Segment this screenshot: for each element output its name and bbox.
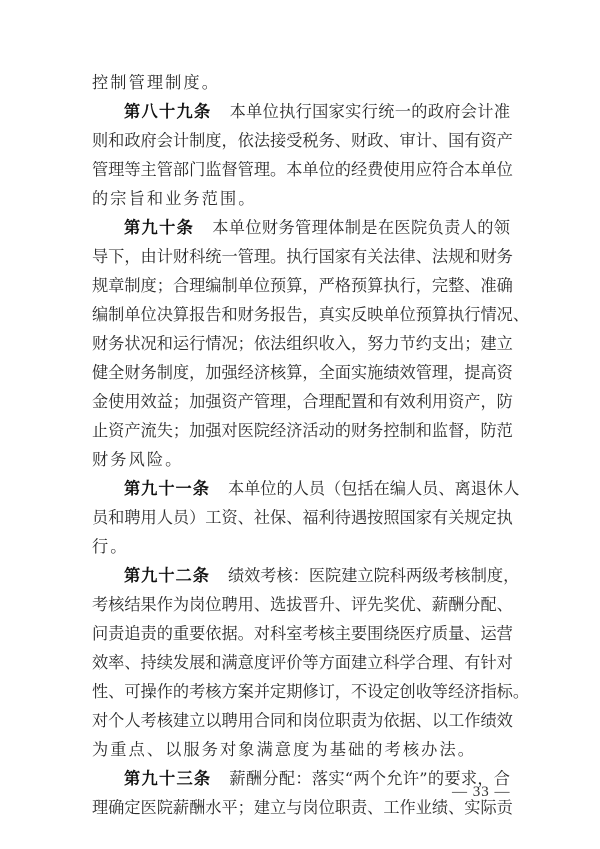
text-line: 则和政府会计制度，依法接受税务、财政、审计、国有资产 <box>92 126 510 155</box>
article-text: 绩效考核：医院建立院科两级考核制度， <box>228 566 519 585</box>
text-line: 控制管理制度。 <box>92 68 510 97</box>
text-line: 为重点、以服务对象满意度为基础的考核办法。 <box>92 735 510 764</box>
page-number: — 33 — <box>452 784 511 801</box>
article-89-line: 第八十九条本单位执行国家实行统一的政府会计准 <box>92 97 510 126</box>
article-93-line: 第九十三条薪酬分配：落实“两个允许”的要求，合 <box>92 764 510 793</box>
text-line: 规章制度；合理编制单位预算，严格预算执行，完整、准确 <box>92 271 510 300</box>
text-line: 财务状况和运行情况；依法组织收入，努力节约支出；建立 <box>92 329 510 358</box>
article-92-line: 第九十二条绩效考核：医院建立院科两级考核制度， <box>92 561 510 590</box>
text-line: 财务风险。 <box>92 445 510 474</box>
article-heading: 第九十二条 <box>124 566 210 585</box>
article-text: 本单位的人员（包括在编人员、离退休人 <box>228 479 519 498</box>
text-line: 问责追责的重要依据。对科室考核主要围绕医疗质量、运营 <box>92 619 510 648</box>
text-line: 管理等主管部门监督管理。本单位的经费使用应符合本单位 <box>92 155 510 184</box>
text-line: 员和聘用人员）工资、社保、福利待遇按照国家有关规定执 <box>92 503 510 532</box>
text-line: 性、可操作的考核方案并定期修订，不设定创收等经济指标。 <box>92 677 510 706</box>
article-text: 本单位财务管理体制是在医院负责人的领 <box>212 218 510 237</box>
document-page: 控制管理制度。 第八十九条本单位执行国家实行统一的政府会计准 则和政府会计制度，… <box>92 68 510 822</box>
text-line: 理确定医院薪酬水平；建立与岗位职责、工作业绩、实际贡 <box>92 793 510 822</box>
text-line: 效率、持续发展和满意度评价等方面建立科学合理、有针对 <box>92 648 510 677</box>
text-line: 健全财务制度，加强经济核算，全面实施绩效管理，提高资 <box>92 358 510 387</box>
text-line: 的宗旨和业务范围。 <box>92 184 510 213</box>
text-line: 止资产流失；加强对医院经济活动的财务控制和监督，防范 <box>92 416 510 445</box>
article-91-line: 第九十一条本单位的人员（包括在编人员、离退休人 <box>92 474 510 503</box>
article-heading: 第九十三条 <box>124 769 211 788</box>
article-text: 本单位执行国家实行统一的政府会计准 <box>230 102 510 121</box>
text-line: 行。 <box>92 532 510 561</box>
article-heading: 第八十九条 <box>124 102 212 121</box>
article-90-line: 第九十条本单位财务管理体制是在医院负责人的领 <box>92 213 510 242</box>
text-line: 对个人考核建立以聘用合同和岗位职责为依据、以工作绩效 <box>92 706 510 735</box>
text-line: 导下，由计财科统一管理。执行国家有关法律、法规和财务 <box>92 242 510 271</box>
text-line: 金使用效益；加强资产管理，合理配置和有效利用资产，防 <box>92 387 510 416</box>
article-heading: 第九十条 <box>124 218 194 237</box>
article-heading: 第九十一条 <box>124 479 210 498</box>
text-line: 考核结果作为岗位聘用、选拔晋升、评先奖优、薪酬分配、 <box>92 590 510 619</box>
text-line: 编制单位决算报告和财务报告，真实反映单位预算执行情况、 <box>92 300 510 329</box>
